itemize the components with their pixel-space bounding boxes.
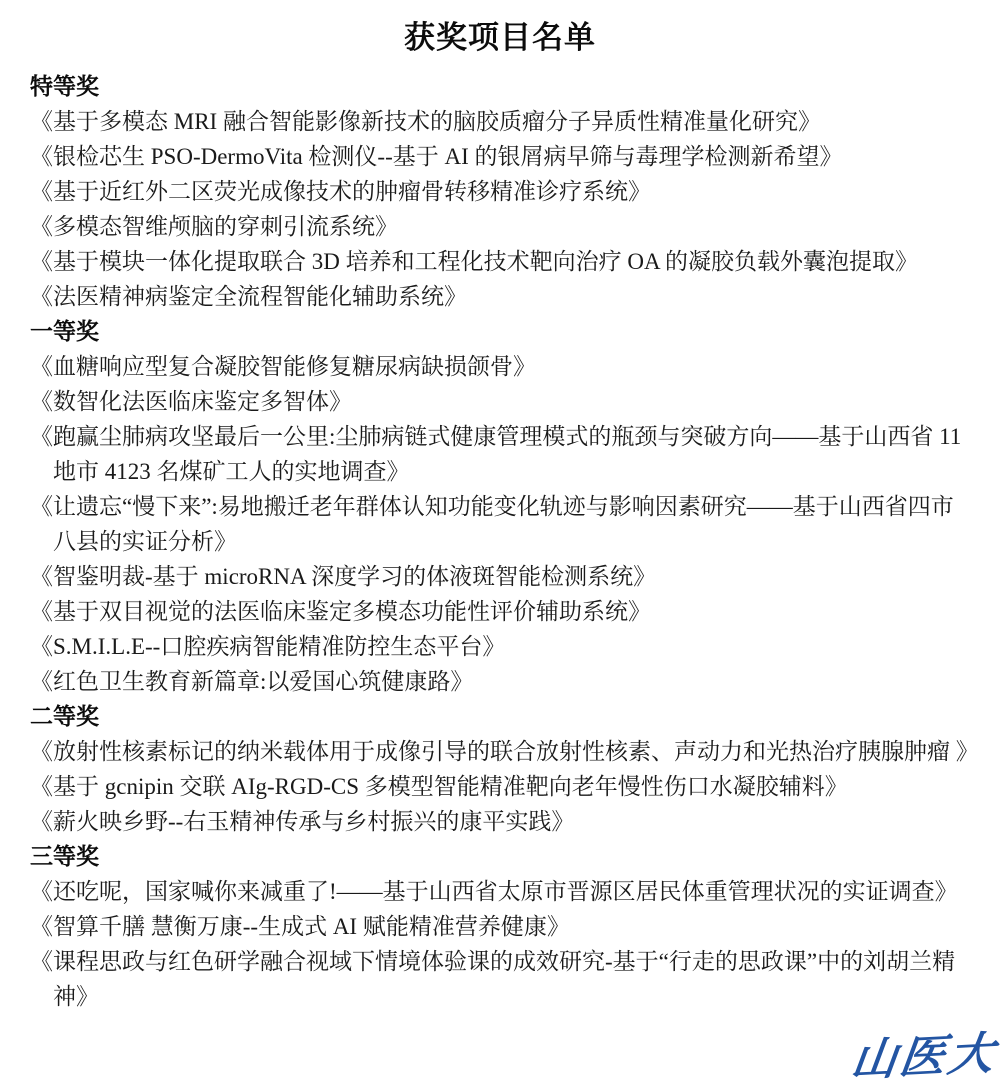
award-document: 获奖项目名单 特等奖 《基于多模态 MRI 融合智能影像新技术的脑胶质瘤分子异质…	[0, 0, 1000, 1014]
award-item: 《薪火映乡野--右玉精神传承与乡村振兴的康平实践》	[30, 804, 970, 839]
section-heading-first-prize: 一等奖	[30, 314, 970, 349]
award-item: 《S.M.I.L.E--口腔疾病智能精准防控生态平台》	[30, 629, 970, 664]
award-item: 《数智化法医临床鉴定多智体》	[30, 384, 970, 419]
section-heading-second-prize: 二等奖	[30, 699, 970, 734]
award-item: 《基于模块一体化提取联合 3D 培养和工程化技术靶向治疗 OA 的凝胶负载外囊泡…	[30, 244, 970, 279]
award-item: 《放射性核素标记的纳米载体用于成像引导的联合放射性核素、声动力和光热治疗胰腺肿瘤…	[30, 734, 970, 769]
award-item: 《银检芯生 PSO-DermoVita 检测仪--基于 AI 的银屑病早筛与毒理…	[30, 139, 970, 174]
section-heading-special-prize: 特等奖	[30, 69, 970, 104]
section-second-prize: 二等奖 《放射性核素标记的纳米载体用于成像引导的联合放射性核素、声动力和光热治疗…	[30, 699, 970, 839]
award-item: 《基于双目视觉的法医临床鉴定多模态功能性评价辅助系统》	[30, 594, 970, 629]
award-item: 《智鉴明裁-基于 microRNA 深度学习的体液斑智能检测系统》	[30, 559, 970, 594]
award-item: 《多模态智维颅脑的穿刺引流系统》	[30, 209, 970, 244]
page-title: 获奖项目名单	[30, 12, 970, 57]
award-item: 《红色卫生教育新篇章:以爱国心筑健康路》	[30, 664, 970, 699]
award-item: 《课程思政与红色研学融合视域下情境体验课的成效研究-基于“行走的思政课”中的刘胡…	[30, 944, 970, 1014]
award-item: 《血糖响应型复合凝胶智能修复糖尿病缺损颌骨》	[30, 349, 970, 384]
award-item: 《法医精神病鉴定全流程智能化辅助系统》	[30, 279, 970, 314]
award-item: 《基于 gcnipin 交联 AIg-RGD-CS 多模型智能精准靶向老年慢性伤…	[30, 769, 970, 804]
section-third-prize: 三等奖 《还吃呢，国家喊你来减重了!——基于山西省太原市晋源区居民体重管理状况的…	[30, 839, 970, 1014]
award-item: 《跑赢尘肺病攻坚最后一公里:尘肺病链式健康管理模式的瓶颈与突破方向——基于山西省…	[30, 419, 970, 489]
section-special-prize: 特等奖 《基于多模态 MRI 融合智能影像新技术的脑胶质瘤分子异质性精准量化研究…	[30, 69, 970, 314]
award-item: 《让遗忘“慢下来”:易地搬迁老年群体认知功能变化轨迹与影响因素研究——基于山西省…	[30, 489, 970, 559]
award-item: 《还吃呢，国家喊你来减重了!——基于山西省太原市晋源区居民体重管理状况的实证调查…	[30, 874, 970, 909]
award-item: 《基于近红外二区荧光成像技术的肿瘤骨转移精准诊疗系统》	[30, 174, 970, 209]
section-first-prize: 一等奖 《血糖响应型复合凝胶智能修复糖尿病缺损颌骨》 《数智化法医临床鉴定多智体…	[30, 314, 970, 699]
award-item: 《基于多模态 MRI 融合智能影像新技术的脑胶质瘤分子异质性精准量化研究》	[30, 104, 970, 139]
section-heading-third-prize: 三等奖	[30, 839, 970, 874]
university-logo-watermark: 山医大	[849, 1031, 1000, 1082]
award-item: 《智算千膳 慧衡万康--生成式 AI 赋能精准营养健康》	[30, 909, 970, 944]
